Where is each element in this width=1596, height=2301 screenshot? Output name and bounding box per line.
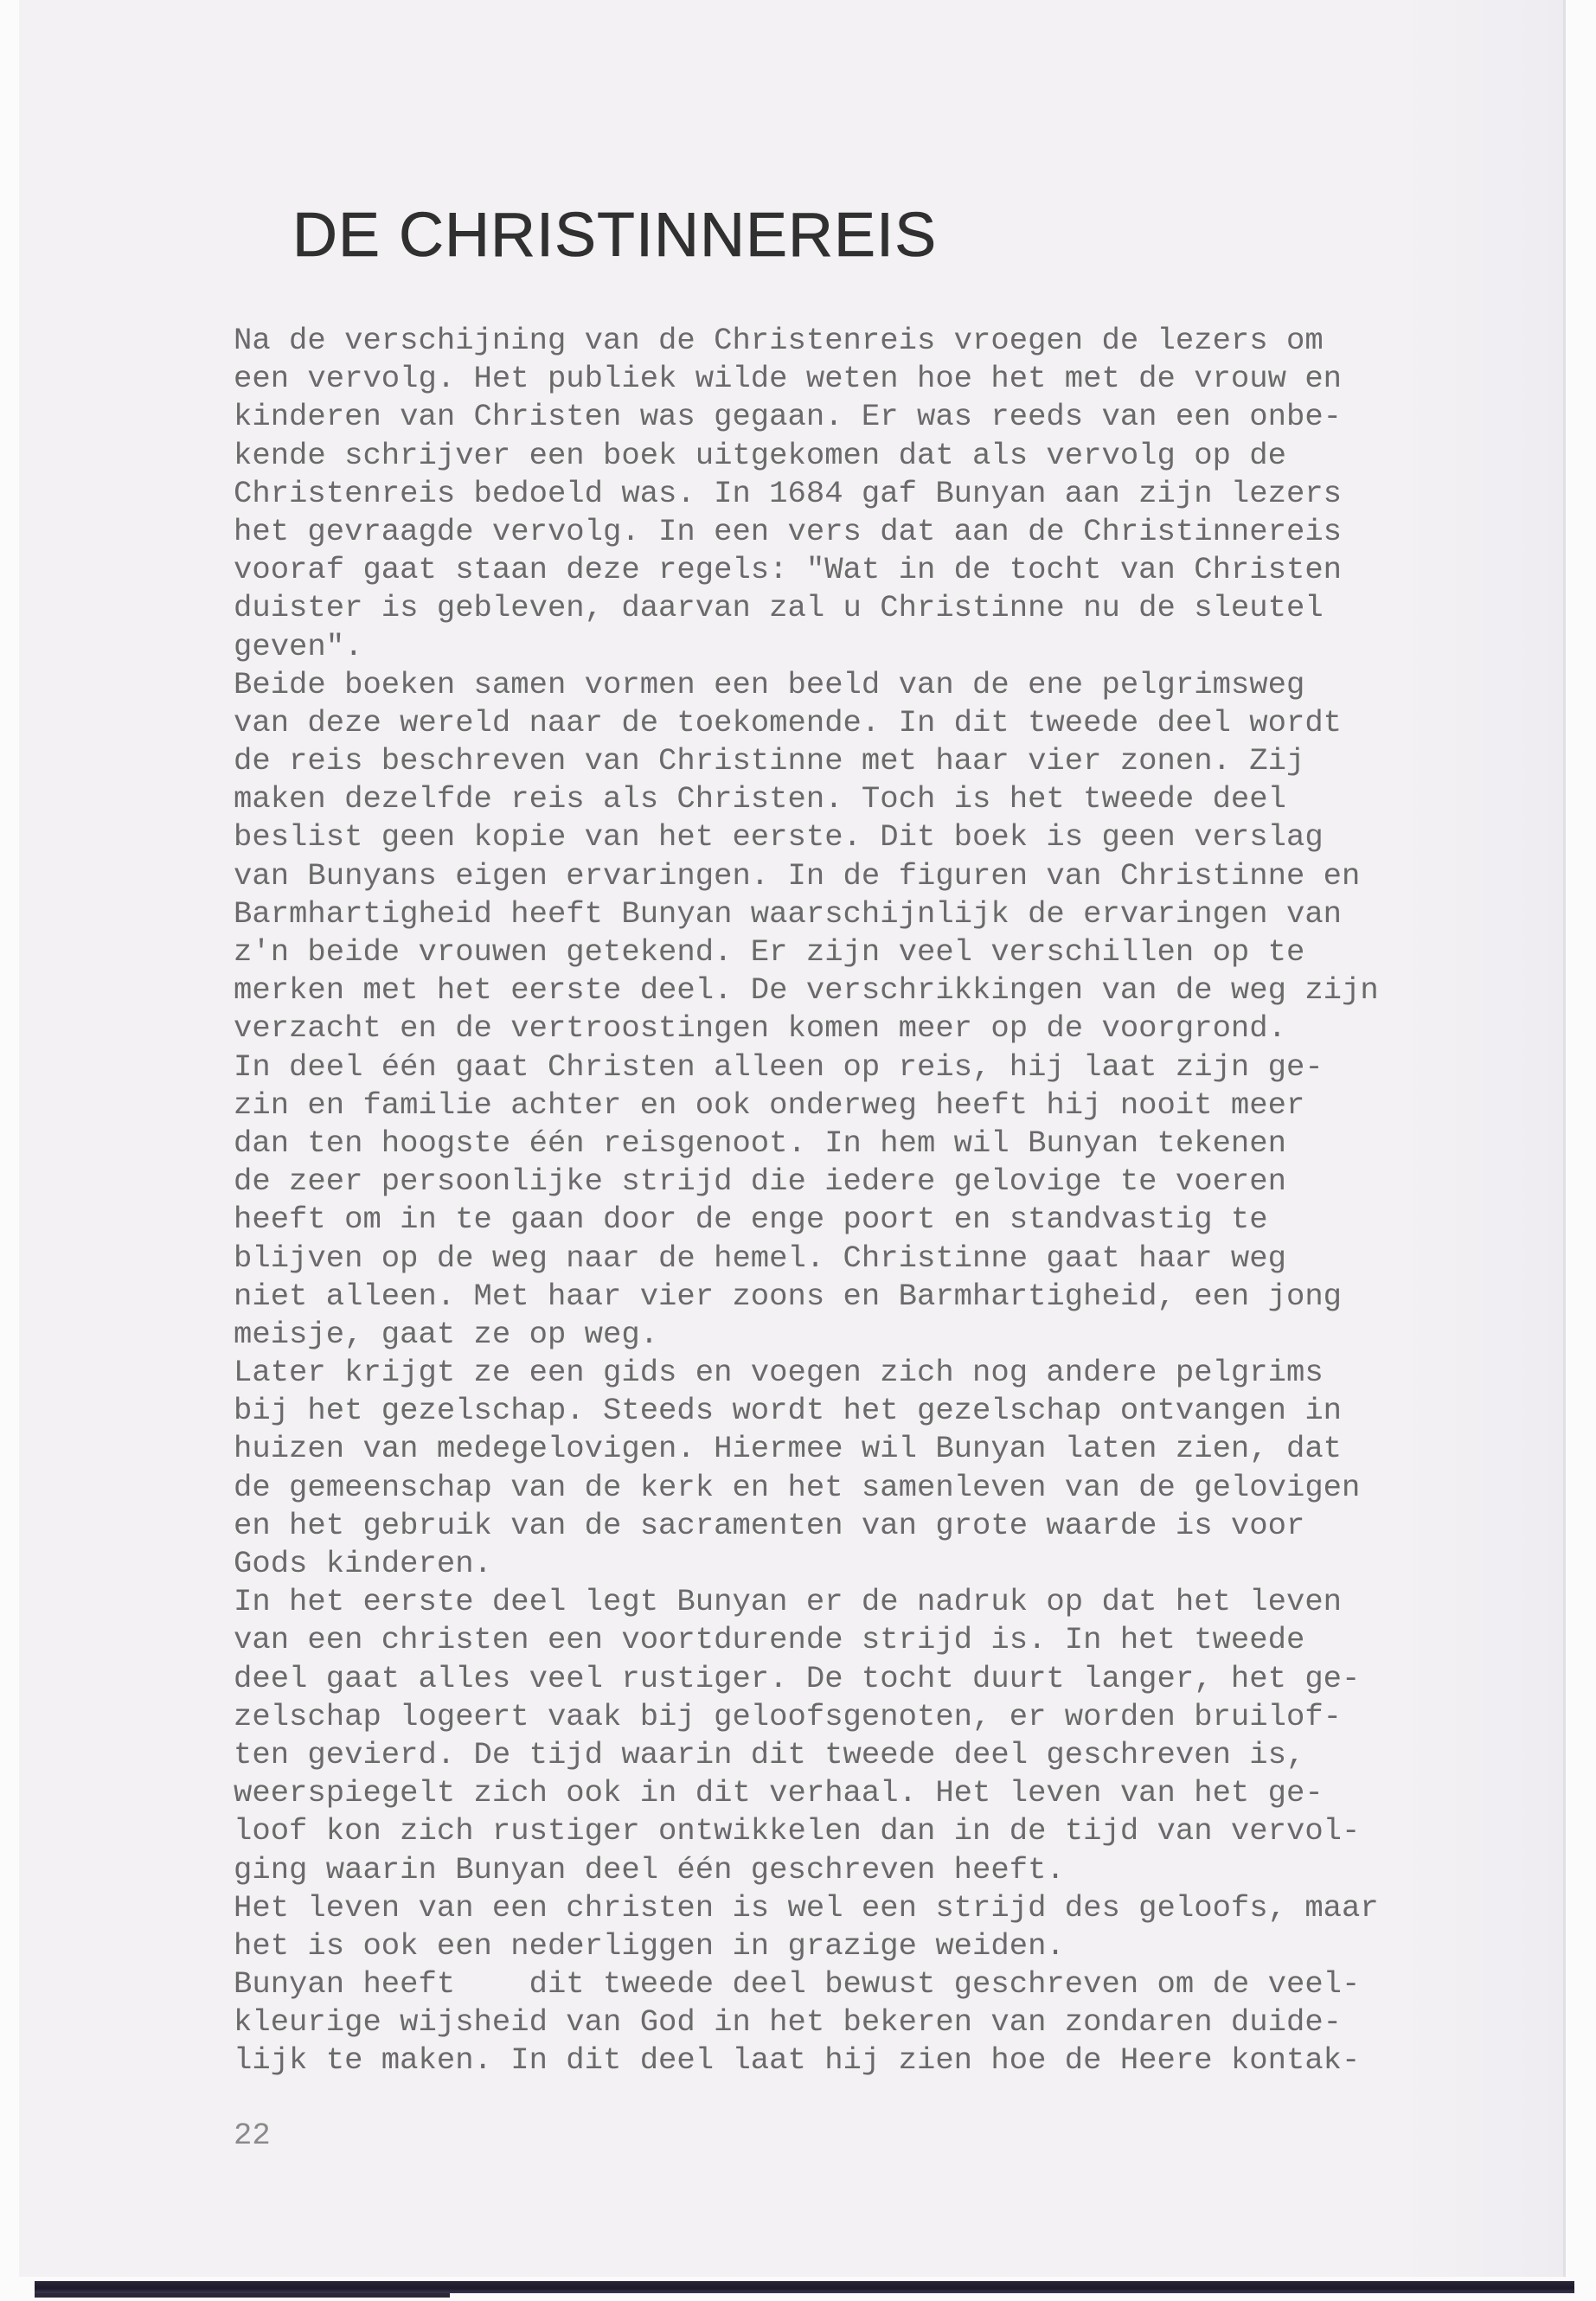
text-line: het gevraagde vervolg. In een vers dat a… bbox=[234, 513, 1379, 551]
text-line: niet alleen. Met haar vier zoons en Barm… bbox=[234, 1278, 1379, 1316]
text-line: verzacht en de vertroostingen komen meer… bbox=[234, 1009, 1379, 1048]
text-line: Barmhartigheid heeft Bunyan waarschijnli… bbox=[234, 895, 1379, 933]
text-line: Het leven van een christen is wel een st… bbox=[234, 1889, 1379, 1927]
scan-edge-bar-step bbox=[35, 2293, 450, 2298]
text-line: Gods kinderen. bbox=[234, 1545, 1379, 1583]
text-line: beslist geen kopie van het eerste. Dit b… bbox=[234, 818, 1379, 856]
text-line: zin en familie achter en ook onderweg he… bbox=[234, 1086, 1379, 1125]
text-line: merken met het eerste deel. De verschrik… bbox=[234, 971, 1379, 1009]
text-line: maken dezelfde reis als Christen. Toch i… bbox=[234, 780, 1379, 818]
text-line: van Bunyans eigen ervaringen. In de figu… bbox=[234, 857, 1379, 895]
text-line: van een christen een voortdurende strijd… bbox=[234, 1621, 1379, 1659]
text-line: duister is gebleven, daarvan zal u Chris… bbox=[234, 589, 1379, 627]
text-line: en het gebruik van de sacramenten van gr… bbox=[234, 1507, 1379, 1545]
text-line: de reis beschreven van Christinne met ha… bbox=[234, 742, 1379, 780]
text-line: Later krijgt ze een gids en voegen zich … bbox=[234, 1354, 1379, 1392]
text-line: kende schrijver een boek uitgekomen dat … bbox=[234, 437, 1379, 475]
text-line: het is ook een nederliggen in grazige we… bbox=[234, 1927, 1379, 1965]
body-text: Na de verschijning van de Christenreis v… bbox=[234, 322, 1379, 2080]
text-line: van deze wereld naar de toekomende. In d… bbox=[234, 704, 1379, 742]
text-line: de gemeenschap van de kerk en het samenl… bbox=[234, 1469, 1379, 1507]
text-line: dan ten hoogste één reisgenoot. In hem w… bbox=[234, 1125, 1379, 1163]
text-line: ten gevierd. De tijd waarin dit tweede d… bbox=[234, 1736, 1379, 1774]
text-line: deel gaat alles veel rustiger. De tocht … bbox=[234, 1660, 1379, 1698]
text-line: huizen van medegelovigen. Hiermee wil Bu… bbox=[234, 1430, 1379, 1468]
text-line: kinderen van Christen was gegaan. Er was… bbox=[234, 398, 1379, 436]
text-line: Christenreis bedoeld was. In 1684 gaf Bu… bbox=[234, 475, 1379, 513]
text-line: blijven op de weg naar de hemel. Christi… bbox=[234, 1240, 1379, 1278]
page-shadow bbox=[1403, 0, 1566, 2277]
chapter-title: DE CHRISTINNEREIS bbox=[292, 201, 937, 270]
text-line: Beide boeken samen vormen een beeld van … bbox=[234, 666, 1379, 704]
text-line: loof kon zich rustiger ontwikkelen dan i… bbox=[234, 1812, 1379, 1850]
text-line: bij het gezelschap. Steeds wordt het gez… bbox=[234, 1392, 1379, 1430]
page-number: 22 bbox=[234, 2117, 271, 2155]
text-line: Bunyan heeft dit tweede deel bewust gesc… bbox=[234, 1965, 1379, 2003]
text-line: ging waarin Bunyan deel één geschreven h… bbox=[234, 1851, 1379, 1889]
text-line: geven". bbox=[234, 628, 1379, 666]
text-line: In deel één gaat Christen alleen op reis… bbox=[234, 1048, 1379, 1086]
scan-edge-bar bbox=[35, 2281, 1574, 2293]
text-line: kleurige wijsheid van God in het bekeren… bbox=[234, 2003, 1379, 2041]
text-line: heeft om in te gaan door de enge poort e… bbox=[234, 1201, 1379, 1239]
text-line: z'n beide vrouwen getekend. Er zijn veel… bbox=[234, 933, 1379, 971]
text-line: weerspiegelt zich ook in dit verhaal. He… bbox=[234, 1774, 1379, 1812]
text-line: de zeer persoonlijke strijd die iedere g… bbox=[234, 1163, 1379, 1201]
text-line: lijk te maken. In dit deel laat hij zien… bbox=[234, 2041, 1379, 2080]
text-line: vooraf gaat staan deze regels: "Wat in d… bbox=[234, 551, 1379, 589]
text-line: zelschap logeert vaak bij geloofsgenoten… bbox=[234, 1698, 1379, 1736]
text-line: Na de verschijning van de Christenreis v… bbox=[234, 322, 1379, 360]
text-line: een vervolg. Het publiek wilde weten hoe… bbox=[234, 360, 1379, 398]
text-line: In het eerste deel legt Bunyan er de nad… bbox=[234, 1583, 1379, 1621]
text-line: meisje, gaat ze op weg. bbox=[234, 1316, 1379, 1354]
